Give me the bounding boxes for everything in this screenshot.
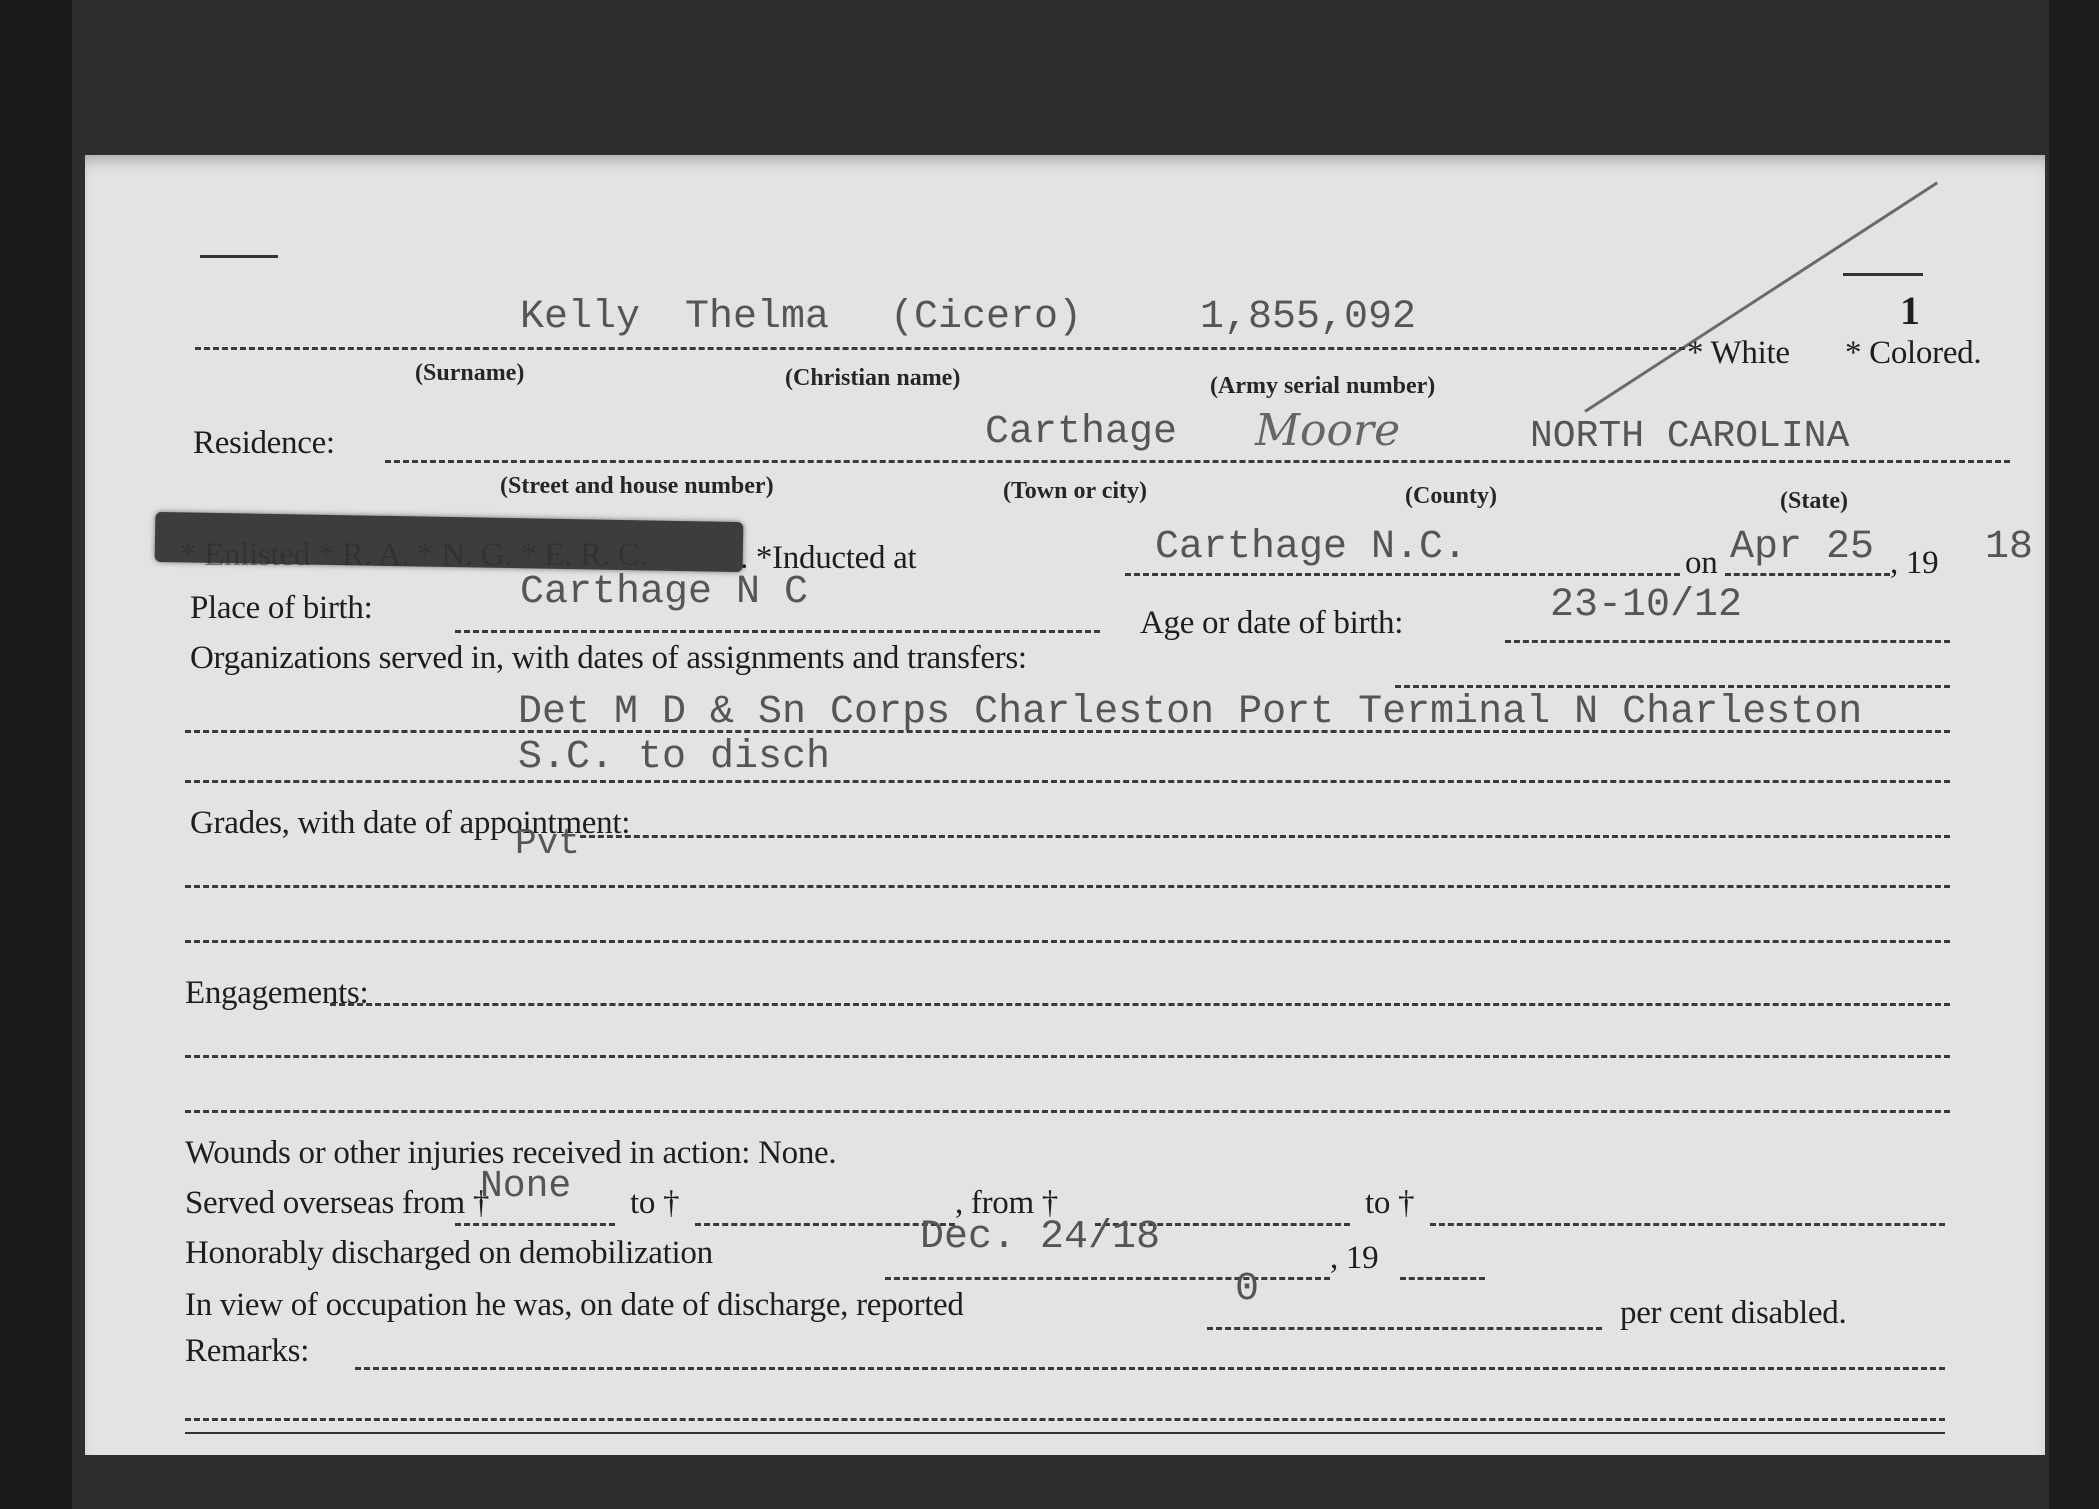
- town-caption: (Town or city): [1003, 478, 1147, 505]
- discharge-date-line: [885, 1277, 1330, 1280]
- serial-number-value: 1,855,092: [1200, 295, 1416, 340]
- race-white-option: * White: [1687, 335, 1790, 372]
- discharge-year-line: [1400, 1277, 1485, 1280]
- remarks-line-0: [355, 1367, 1945, 1370]
- card-bottom-rule: [185, 1432, 1945, 1434]
- age-label: Age or date of birth:: [1140, 605, 1403, 642]
- overseas-label: Served overseas from †: [185, 1185, 489, 1222]
- race-colored-option: * Colored.: [1845, 335, 1981, 372]
- residence-town-value: Carthage: [985, 410, 1177, 455]
- residence-line: [385, 460, 2010, 463]
- discharge-year-prefix: , 19: [1330, 1240, 1378, 1277]
- engagements-line-0: [330, 1003, 1950, 1006]
- engagements-line-1: [185, 1055, 1950, 1058]
- engagements-line-2: [185, 1110, 1950, 1113]
- inducted-place-value: Carthage N.C.: [1155, 525, 1467, 570]
- age-line: [1505, 640, 1950, 643]
- christian-name-caption: (Christian name): [785, 365, 960, 392]
- residence-label: Residence:: [193, 425, 335, 462]
- grades-line-1: [185, 885, 1950, 888]
- disability-suffix: per cent disabled.: [1620, 1295, 1846, 1332]
- inducted-place-line: [1125, 573, 1680, 576]
- corner-mark: [200, 255, 278, 258]
- alias-value: (Cicero): [890, 295, 1082, 340]
- remarks-line-1: [185, 1418, 1945, 1421]
- serial-number-caption: (Army serial number): [1210, 373, 1435, 400]
- state-caption: (State): [1780, 488, 1848, 515]
- organizations-line-1: [185, 730, 1950, 733]
- card-number-bar: [1843, 273, 1923, 276]
- service-record-card: 1 Kelly Thelma (Cicero) 1,855,092 * Whit…: [85, 155, 2045, 1455]
- discharge-label: Honorably discharged on demobilization: [185, 1235, 713, 1272]
- overseas-from-value: None: [480, 1165, 571, 1208]
- birthplace-label: Place of birth:: [190, 590, 372, 627]
- street-caption: (Street and house number): [500, 473, 774, 500]
- organizations-label: Organizations served in, with dates of a…: [190, 640, 1027, 677]
- birthplace-line: [455, 630, 1100, 633]
- check-mark: [1584, 181, 1938, 412]
- grade-value: Pvt: [515, 823, 580, 864]
- disability-label: In view of occupation he was, on date of…: [185, 1287, 964, 1324]
- discharge-date-value: Dec. 24/18: [920, 1215, 1160, 1260]
- scanner-right-edge: [2049, 0, 2099, 1509]
- residence-state-value: NORTH CAROLINA: [1530, 415, 1849, 458]
- age-value: 23-10/12: [1550, 583, 1742, 628]
- induction-year-value: 18: [1985, 525, 2033, 570]
- overseas-to-line: [695, 1223, 955, 1226]
- residence-county-value: Moore: [1255, 405, 1400, 456]
- name-line: [195, 347, 1685, 350]
- organizations-line-2: [185, 780, 1950, 783]
- surname-caption: (Surname): [415, 360, 524, 387]
- overseas-to2-label: to †: [1365, 1185, 1414, 1222]
- overseas-to-label: to †: [630, 1185, 679, 1222]
- on-label: on: [1685, 545, 1717, 582]
- overseas-to2-line: [1430, 1223, 1945, 1226]
- induction-date-value: Apr 25: [1730, 525, 1874, 570]
- grades-line-2: [185, 940, 1950, 943]
- card-number: 1: [1900, 287, 1920, 334]
- overseas-from-line: [455, 1223, 615, 1226]
- year-prefix: , 19: [1890, 545, 1938, 582]
- organization-line-2: S.C. to disch: [518, 735, 830, 780]
- disability-percent-value: 0: [1235, 1267, 1259, 1312]
- remarks-label: Remarks:: [185, 1333, 309, 1370]
- county-caption: (County): [1405, 483, 1497, 510]
- induction-date-line: [1725, 573, 1890, 576]
- surname-value: Kelly: [520, 295, 640, 340]
- organization-line-1: Det M D & Sn Corps Charleston Port Termi…: [518, 690, 1862, 735]
- engagements-label: Engagements:: [185, 975, 368, 1012]
- scanner-left-edge: [0, 0, 72, 1509]
- christian-name-value: Thelma: [685, 295, 829, 340]
- birthplace-value: Carthage N C: [520, 570, 808, 615]
- organizations-line-0: [1395, 685, 1950, 688]
- enlisted-options: * Enlisted * R. A. * N. G. * E. R. C.: [180, 537, 647, 574]
- grades-line-0: [580, 835, 1950, 838]
- disability-line: [1207, 1327, 1602, 1330]
